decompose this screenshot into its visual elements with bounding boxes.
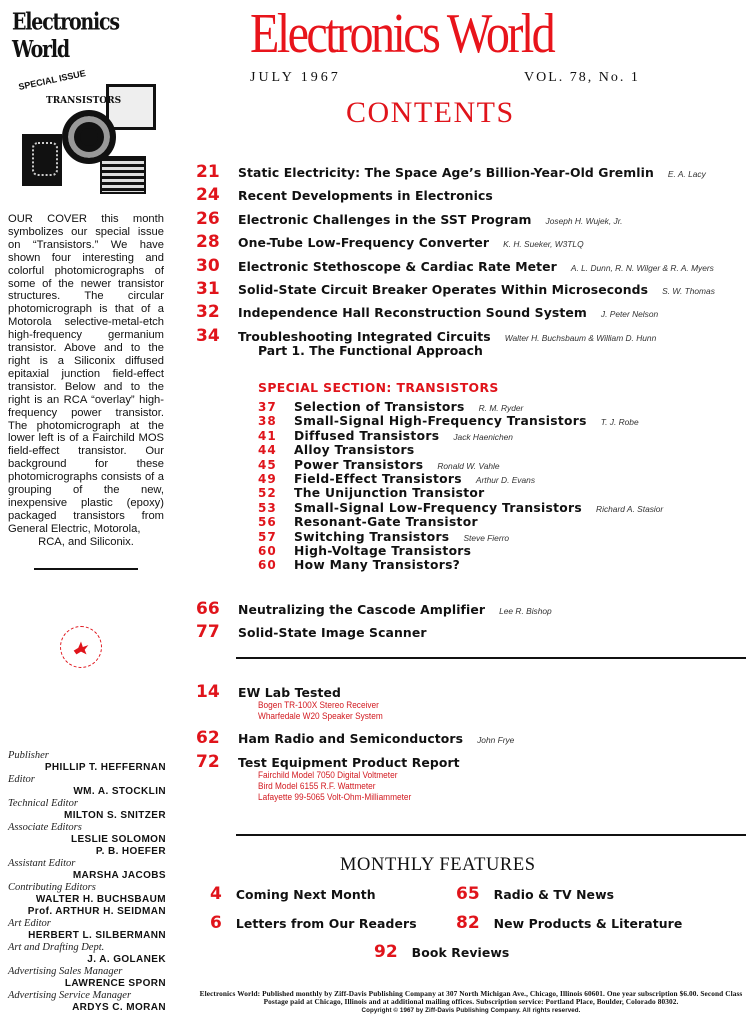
department-items: Bogen TR-100X Stereo ReceiverWharfedale … <box>258 700 707 722</box>
article-author: Arthur D. Evans <box>476 475 535 485</box>
feature-title: Radio & TV News <box>494 887 614 902</box>
feature-item[interactable]: 6 Letters from Our Readers <box>210 913 417 933</box>
article-author: Jack Haenichen <box>453 432 513 442</box>
contents-heading: CONTENTS <box>346 96 515 130</box>
department-item: Wharfedale W20 Speaker System <box>258 711 707 722</box>
article-author: Steve Fierro <box>463 533 509 543</box>
article-title: EW Lab Tested <box>238 685 341 700</box>
masthead-role: Art and Drafting Dept. <box>8 942 166 954</box>
article-author: E. A. Lacy <box>668 169 706 179</box>
page-number: 66 <box>196 599 238 619</box>
article-author: John Frye <box>477 735 514 745</box>
article-subtitle: Part 1. The Functional Approach <box>258 343 746 358</box>
feature-page: 65 <box>456 884 480 904</box>
department-item: Fairchild Model 7050 Digital Voltmeter <box>258 770 707 781</box>
article-title: Alloy Transistors <box>294 443 415 457</box>
department: 72Test Equipment Product ReportFairchild… <box>196 752 746 803</box>
page-number: 44 <box>258 443 294 457</box>
masthead-name: PHILLIP T. HEFFERNAN <box>8 762 166 774</box>
page-number: 49 <box>258 472 294 486</box>
feature-item[interactable]: 92 Book Reviews <box>374 942 509 962</box>
article-author: Ronald W. Vahle <box>437 461 499 471</box>
page-number: 26 <box>196 209 238 229</box>
article-author: Joseph H. Wujek, Jr. <box>546 216 623 226</box>
page-number: 41 <box>258 429 294 443</box>
feature-item[interactable]: 65 Radio & TV News <box>456 884 614 904</box>
copyright: Copyright © 1967 by Ziff-Davis Publishin… <box>196 1007 746 1015</box>
cover-chip-photo <box>22 134 62 186</box>
page-number: 72 <box>196 752 238 772</box>
article-author: R. M. Ryder <box>479 403 524 413</box>
feature-title: Book Reviews <box>412 945 510 960</box>
article-title: Electronic Challenges in the SST Program <box>238 212 532 227</box>
masthead-role: Editor <box>8 774 166 786</box>
feature-page: 6 <box>210 913 222 933</box>
special-entry[interactable]: 49Field-Effect TransistorsArthur D. Evan… <box>258 472 728 486</box>
masthead-name: MILTON S. SNITZER <box>8 810 166 822</box>
articles-list: 21Static Electricity: The Space Age’s Bi… <box>196 162 746 358</box>
page-number: 53 <box>258 501 294 515</box>
article-title: Field-Effect Transistors <box>294 472 462 486</box>
masthead-name: WM. A. STOCKLIN <box>8 786 166 798</box>
toc-entry[interactable]: 31Solid-State Circuit Breaker Operates W… <box>196 279 746 302</box>
special-entry[interactable]: 37Selection of TransistorsR. M. Ryder <box>258 400 728 414</box>
article-title: Neutralizing the Cascode Amplifier <box>238 602 485 617</box>
feature-page: 92 <box>374 942 398 962</box>
toc-entry[interactable]: 28One-Tube Low-Frequency ConverterK. H. … <box>196 232 746 255</box>
page-number: 56 <box>258 515 294 529</box>
toc-entry[interactable]: 77Solid-State Image Scanner <box>196 622 746 645</box>
article-author: Lee R. Bishop <box>499 606 552 616</box>
cover-grid-photo <box>100 156 146 194</box>
toc-entry[interactable]: 62Ham Radio and SemiconductorsJohn Frye <box>196 728 746 751</box>
masthead-name: J. A. GOLANEK <box>8 954 166 966</box>
page-number: 77 <box>196 622 238 642</box>
article-title: Diffused Transistors <box>294 429 439 443</box>
article-title: Solid-State Image Scanner <box>238 625 427 640</box>
article-title: Selection of Transistors <box>294 400 465 414</box>
masthead-role: Advertising Service Manager <box>8 990 166 1002</box>
article-title: Resonant-Gate Transistor <box>294 515 478 529</box>
page-number: 21 <box>196 162 238 182</box>
article-author: J. Peter Nelson <box>601 309 658 319</box>
page-number: 32 <box>196 302 238 322</box>
department-item: Bird Model 6155 R.F. Wattmeter <box>258 781 707 792</box>
cover-title: Electronics World <box>12 8 164 63</box>
imprint: Electronics World: Published monthly by … <box>196 990 746 1015</box>
feature-page: 4 <box>210 884 222 904</box>
article-author: Richard A. Stasior <box>596 504 663 514</box>
article-author: Walter H. Buchsbaum & William D. Hunn <box>505 333 657 343</box>
cover-description: OUR COVER this month symbolizes our spec… <box>8 213 164 549</box>
cover-square-photo <box>106 84 156 130</box>
page-number: 60 <box>258 544 294 558</box>
more-articles-list: 66Neutralizing the Cascode AmplifierLee … <box>196 599 746 646</box>
cover-description-last: RCA, and Siliconix. <box>8 536 164 549</box>
masthead-name: ARDYS C. MORAN <box>8 1002 166 1014</box>
page-number: 34 <box>196 326 238 346</box>
article-title: Small-Signal High-Frequency Transistors <box>294 414 587 428</box>
article-author: A. L. Dunn, R. N. Wilger & R. A. Myers <box>571 263 714 273</box>
article-title: High-Voltage Transistors <box>294 544 471 558</box>
publisher-seal <box>60 626 102 668</box>
cover-description-body: OUR COVER this month symbolizes our spec… <box>8 213 164 535</box>
masthead-role: Assistant Editor <box>8 858 166 870</box>
masthead-name: WALTER H. BUCHSBAUM <box>8 894 166 906</box>
feature-title: Letters from Our Readers <box>236 916 417 931</box>
masthead-name: P. B. HOEFER <box>8 846 166 858</box>
feature-item[interactable]: 4 Coming Next Month <box>210 884 376 904</box>
masthead-role: Advertising Sales Manager <box>8 966 166 978</box>
article-title: Electronic Stethoscope & Cardiac Rate Me… <box>238 259 557 274</box>
article-title: Ham Radio and Semiconductors <box>238 731 463 746</box>
department-item: Lafayette 99-5065 Volt-Ohm-Milliammeter <box>258 792 707 803</box>
page-number: 24 <box>196 185 238 205</box>
toc-entry[interactable]: 26Electronic Challenges in the SST Progr… <box>196 209 746 232</box>
toc-entry[interactable]: 32Independence Hall Reconstruction Sound… <box>196 302 746 325</box>
page-number: 60 <box>258 558 294 572</box>
department-items: Fairchild Model 7050 Digital VoltmeterBi… <box>258 770 707 803</box>
special-entry[interactable]: 60How Many Transistors? <box>258 558 728 572</box>
masthead-role: Associate Editors <box>8 822 166 834</box>
page-number: 38 <box>258 414 294 428</box>
masthead-role: Publisher <box>8 750 166 762</box>
masthead-name: Prof. ARTHUR H. SEIDMAN <box>8 906 166 918</box>
masthead-role: Contributing Editors <box>8 882 166 894</box>
page-number: 28 <box>196 232 238 252</box>
article-title: Power Transistors <box>294 458 423 472</box>
page-number: 57 <box>258 530 294 544</box>
special-entry[interactable]: 53Small-Signal Low-Frequency Transistors… <box>258 501 728 515</box>
feature-page: 82 <box>456 913 480 933</box>
article-author: K. H. Sueker, W3TLQ <box>503 239 584 249</box>
article-title: Solid-State Circuit Breaker Operates Wit… <box>238 282 648 297</box>
page-number: 45 <box>258 458 294 472</box>
masthead-name: MARSHA JACOBS <box>8 870 166 882</box>
issue-date: JULY 1967 <box>250 70 341 86</box>
issue-volume: VOL. 78, No. 1 <box>524 70 640 86</box>
page-number: 30 <box>196 256 238 276</box>
page-number: 62 <box>196 728 238 748</box>
special-entry[interactable]: 41Diffused TransistorsJack Haenichen <box>258 429 728 443</box>
feature-title: New Products & Literature <box>494 916 683 931</box>
article-title: Static Electricity: The Space Age’s Bill… <box>238 165 654 180</box>
toc-entry[interactable]: 24Recent Developments in Electronics <box>196 185 746 208</box>
article-title: Test Equipment Product Report <box>238 755 460 770</box>
article-title: Troubleshooting Integrated Circuits <box>238 329 491 344</box>
article-title: Independence Hall Reconstruction Sound S… <box>238 305 587 320</box>
special-section: SPECIAL SECTION: TRANSISTORS 37Selection… <box>258 380 728 573</box>
monthly-features-heading: MONTHLY FEATURES <box>340 855 536 876</box>
cover-badge: SPECIAL ISSUE <box>18 69 87 92</box>
special-section-heading: SPECIAL SECTION: TRANSISTORS <box>258 380 728 400</box>
special-entry[interactable]: 57Switching TransistorsSteve Fierro <box>258 530 728 544</box>
special-entry[interactable]: 60High-Voltage Transistors <box>258 544 728 558</box>
masthead-role: Technical Editor <box>8 798 166 810</box>
feature-item[interactable]: 82 New Products & Literature <box>456 913 682 933</box>
toc-entry[interactable]: 30Electronic Stethoscope & Cardiac Rate … <box>196 256 746 279</box>
left-divider <box>34 568 138 570</box>
imprint-text: Electronics World: Published monthly by … <box>196 990 746 1007</box>
article-author: S. W. Thomas <box>662 286 715 296</box>
article-title: Recent Developments in Electronics <box>238 188 493 203</box>
masthead: PublisherPHILLIP T. HEFFERNANEditorWM. A… <box>8 750 166 1014</box>
cover-headline: TRANSISTORS <box>46 96 121 106</box>
masthead-name: HERBERT L. SILBERMANN <box>8 930 166 942</box>
pegasus-icon <box>70 636 92 658</box>
masthead-role: Art Editor <box>8 918 166 930</box>
cover-thumbnail: Electronics World SPECIAL ISSUE TRANSIST… <box>4 4 164 200</box>
article-title: Small-Signal Low-Frequency Transistors <box>294 501 582 515</box>
page-number: 14 <box>196 682 238 702</box>
feature-title: Coming Next Month <box>236 887 376 902</box>
article-title: How Many Transistors? <box>294 558 460 572</box>
page-number: 37 <box>258 400 294 414</box>
magazine-logo: Electronics World <box>250 2 553 66</box>
masthead-name: LESLIE SOLOMON <box>8 834 166 846</box>
article-author: T. J. Robe <box>601 417 639 427</box>
special-entry[interactable]: 44Alloy Transistors <box>258 443 728 457</box>
special-entry[interactable]: 38Small-Signal High-Frequency Transistor… <box>258 414 728 428</box>
masthead-name: LAWRENCE SPORN <box>8 978 166 990</box>
article-title: Switching Transistors <box>294 530 449 544</box>
toc-entry[interactable]: 21Static Electricity: The Space Age’s Bi… <box>196 162 746 185</box>
special-entry[interactable]: 52The Unijunction Transistor <box>258 486 728 500</box>
special-entry[interactable]: 56Resonant-Gate Transistor <box>258 515 728 529</box>
special-entry[interactable]: 45Power TransistorsRonald W. Vahle <box>258 458 728 472</box>
departments-list: 14EW Lab TestedBogen TR-100X Stereo Rece… <box>196 682 746 803</box>
section-divider <box>236 657 746 659</box>
department: 62Ham Radio and SemiconductorsJohn Frye <box>196 728 746 751</box>
page-number: 31 <box>196 279 238 299</box>
section-divider <box>236 834 746 836</box>
toc-entry[interactable]: 66Neutralizing the Cascode AmplifierLee … <box>196 599 746 622</box>
page-number: 52 <box>258 486 294 500</box>
article-title: The Unijunction Transistor <box>294 486 485 500</box>
department: 14EW Lab TestedBogen TR-100X Stereo Rece… <box>196 682 746 722</box>
article-title: One-Tube Low-Frequency Converter <box>238 235 489 250</box>
department-item: Bogen TR-100X Stereo Receiver <box>258 700 707 711</box>
special-section-list: 37Selection of TransistorsR. M. Ryder38S… <box>258 400 728 573</box>
